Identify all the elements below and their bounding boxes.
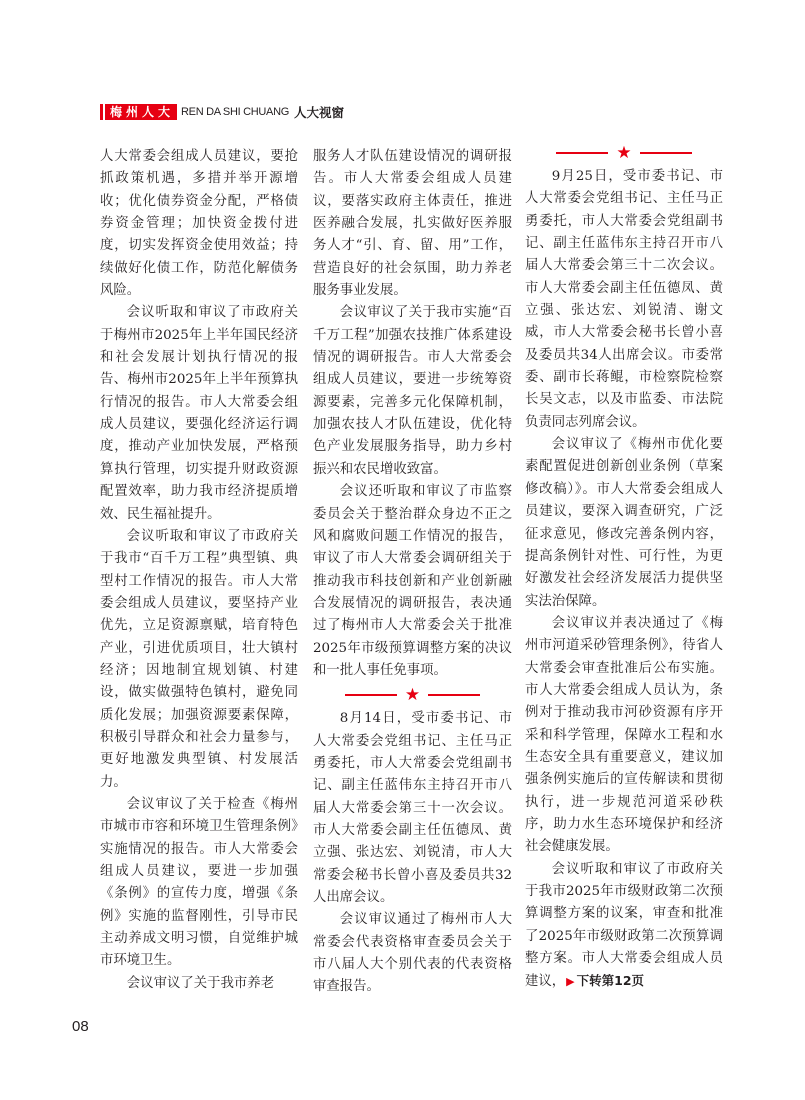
section-name-cn: 人大视窗 <box>294 103 344 121</box>
column-3: ★ 9月25日，受市委书记、市人大常委会党组书记、主任马正勇委托，市人大常委会党… <box>525 146 723 994</box>
paragraph: 会议审议并表决通过了《梅州市河道采砂管理条例》，待省人大常委会审查批准后公布实施… <box>525 613 723 859</box>
paragraph: 会议听取和审议了市政府关于我市“百千万工程”典型镇、典型村工作情况的报告。市人大… <box>100 526 298 794</box>
brand-logo: 梅州人大 <box>105 104 177 120</box>
paragraph: 会议审议了《梅州市优化要素配置促进创新创业条例（草案修改稿）》。市人大常委会组成… <box>525 434 723 613</box>
paragraph: 9月25日，受市委书记、市人大常委会党组书记、主任马正勇委托，市人大常委会党组副… <box>525 166 723 434</box>
divider-line <box>556 152 608 154</box>
paragraph: 会议还听取和审议了市监察委员会关于整治群众身边不正之风和腐败问题工作情况的报告，… <box>313 481 512 682</box>
page-number: 08 <box>72 1018 89 1035</box>
paragraph: 会议审议通过了梅州市人大常委会代表资格审查委员会关于市八届人大个别代表的代表资格… <box>313 909 512 998</box>
section-divider: ★ <box>313 684 512 706</box>
star-icon: ★ <box>405 687 420 704</box>
star-icon: ★ <box>616 145 631 162</box>
play-triangle-icon: ▶ <box>566 975 574 988</box>
paragraph: 服务人才队伍建设情况的调研报告。市人大常委会组成人员建议，要落实政府主体责任，推… <box>313 146 512 302</box>
divider-line <box>428 694 480 696</box>
paragraph: 会议审议了关于我市养老 <box>100 973 298 995</box>
continued-label: 下转第12页 <box>577 973 644 988</box>
divider-line <box>345 694 397 696</box>
paragraph-text: 会议听取和审议了市政府关于我市2025年市级财政第二次预算调整方案的议案，审查和… <box>525 862 723 990</box>
section-divider: ★ <box>525 142 723 164</box>
paragraph: 会议听取和审议了市政府关于梅州市2025年上半年国民经济和社会发展计划执行情况的… <box>100 302 298 525</box>
paragraph: 会议审议了关于检查《梅州市城市市容和环境卫生管理条例》实施情况的报告。市人大常委… <box>100 794 298 973</box>
paragraph: 人大常委会组成人员建议，要抢抓政策机遇，多措并举开源增收；优化债券资金分配，严格… <box>100 146 298 302</box>
paragraph: 会议审议了关于我市实施“百千万工程”加强农技推广体系建设情况的调研报告。市人大常… <box>313 302 512 481</box>
column-1: 人大常委会组成人员建议，要抢抓政策机遇，多措并举开源增收；优化债券资金分配，严格… <box>100 146 298 995</box>
continued-notice[interactable]: ▶下转第12页 <box>565 973 644 988</box>
header-accent-bar <box>100 104 103 120</box>
divider-line <box>640 152 692 154</box>
section-name-en: REN DA SHI CHUANG <box>181 106 289 118</box>
magazine-header: 梅州人大 REN DA SHI CHUANG 人大视窗 <box>100 104 344 120</box>
column-2: 服务人才队伍建设情况的调研报告。市人大常委会组成人员建议，要落实政府主体责任，推… <box>313 146 512 999</box>
paragraph: 会议听取和审议了市政府关于我市2025年市级财政第二次预算调整方案的议案，审查和… <box>525 859 723 994</box>
paragraph: 8月14日，受市委书记、市人大常委会党组书记、主任马正勇委托，市人大常委会党组副… <box>313 708 512 909</box>
